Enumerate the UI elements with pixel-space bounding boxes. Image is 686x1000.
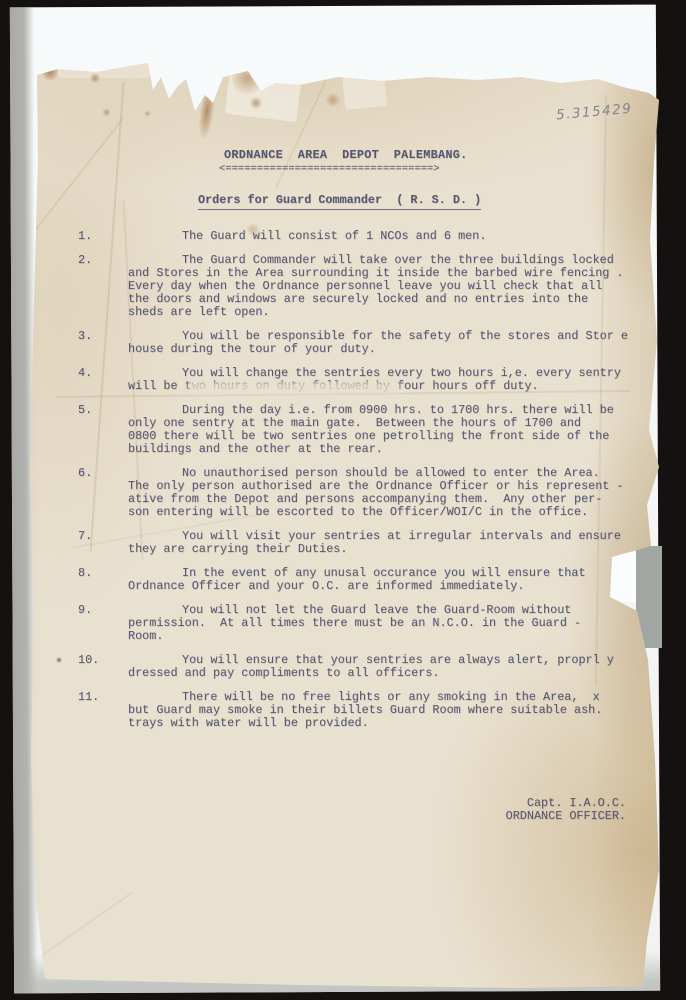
stain-mark [90, 72, 100, 84]
order-item: 8. In the event of any unusal occurance … [128, 567, 650, 593]
signature-block: Capt. I.A.O.C.ORDNANCE OFFICER. [400, 797, 626, 822]
order-item-number: 8. [78, 567, 92, 580]
signature-title: ORDNANCE OFFICER. [506, 809, 626, 823]
order-item-number: 7. [78, 530, 92, 543]
order-item-number: 1. [78, 230, 92, 243]
order-item: 6. No unauthorised person should be allo… [128, 467, 650, 519]
order-item-number: 9. [78, 604, 92, 617]
header-underline-rule: <=================================> [219, 163, 440, 175]
order-item-text: There will be no free lights or any smok… [128, 691, 650, 730]
order-item-text: You will ensure that your sentries are a… [128, 654, 650, 680]
order-item-number: 3. [78, 330, 92, 343]
order-item-text: You will be responsible for the safety o… [128, 330, 650, 356]
stain-mark [250, 96, 262, 110]
order-item: 5. During the day i.e. from 0900 hrs. to… [128, 404, 650, 456]
orders-list: 1. The Guard will consist of 1 NCOs and … [128, 230, 650, 741]
order-item: 2. The Guard Commander will take over th… [128, 254, 650, 319]
order-item-text: No unauthorised person should be allowed… [128, 467, 650, 519]
order-item: 1. The Guard will consist of 1 NCOs and … [128, 230, 650, 243]
order-item-text: You will visit your sentries at irregula… [128, 530, 650, 556]
order-item: 3. You will be responsible for the safet… [128, 330, 650, 356]
order-item-text: The Guard will consist of 1 NCOs and 6 m… [128, 230, 650, 243]
order-item-number: 4. [78, 367, 92, 380]
order-item-text: You will not let the Guard leave the Gua… [128, 604, 650, 643]
order-item: 11. There will be no free lights or any … [128, 691, 650, 730]
order-item-text: In the event of any unusal occurance you… [128, 567, 650, 593]
stain-mark [56, 657, 62, 663]
stain-mark [144, 110, 151, 117]
order-item-text: During the day i.e. from 0900 hrs. to 17… [128, 404, 650, 456]
faded-ink-smudge [188, 382, 400, 394]
stain-mark [324, 94, 342, 106]
order-item-number: 2. [78, 254, 92, 267]
order-item: 7. You will visit your sentries at irreg… [128, 530, 650, 556]
order-item: 10. You will ensure that your sentries a… [128, 654, 650, 680]
scan-canvas: { "document": { "header": { "org": "ORDN… [0, 0, 686, 1000]
order-item-number: 11. [78, 691, 99, 704]
handwritten-reference-number: 5.315429 [555, 101, 633, 124]
document-title: Orders for Guard Commander ( R. S. D. ) [198, 194, 481, 210]
document-paper: 5.315429 ORDNANCE AREA DEPOT PALEMBANG. … [0, 0, 686, 1000]
document-org-header: ORDNANCE AREA DEPOT PALEMBANG. [224, 149, 468, 162]
order-item-number: 10. [78, 654, 99, 667]
order-item-number: 6. [78, 467, 92, 480]
stain-mark [102, 108, 111, 117]
order-item-text: The Guard Commander will take over the t… [128, 254, 650, 319]
order-item-number: 5. [78, 404, 92, 417]
order-item: 9. You will not let the Guard leave the … [128, 604, 650, 643]
